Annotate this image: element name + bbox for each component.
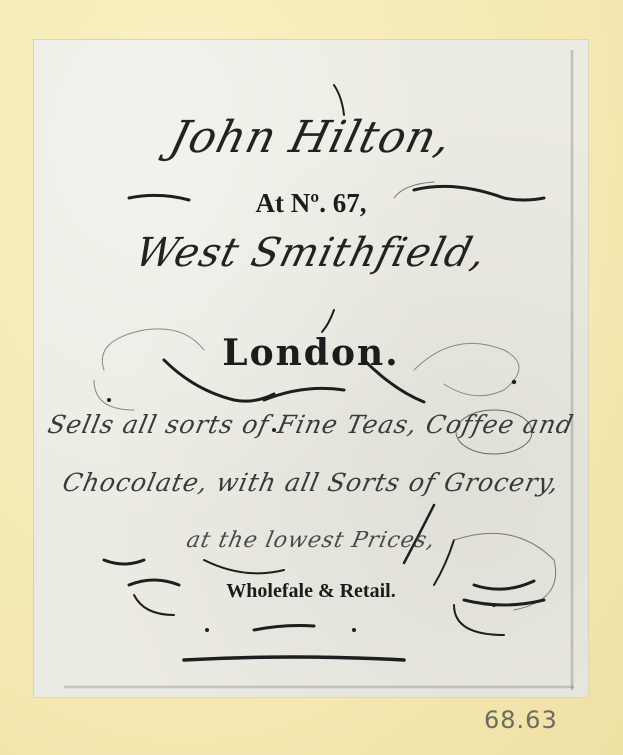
- catalog-number: 68.63: [484, 706, 558, 734]
- city-name: London.: [34, 332, 588, 374]
- goods-description-line-2: Chocolate, with all Sorts of Grocery,: [31, 468, 591, 497]
- street-name: West Smithfield,: [28, 230, 593, 276]
- merchant-name: John Hilton,: [28, 112, 595, 163]
- address-number: At Nº. 67,: [34, 188, 588, 219]
- prices-line: at the lowest Prices,: [31, 528, 590, 553]
- goods-description-line-1: Sells all sorts of Fine Teas, Coffee and: [31, 410, 591, 439]
- trade-card: John Hilton, At Nº. 67, West Smithfield,…: [34, 40, 588, 697]
- trade-type: Wholefale & Retail.: [34, 580, 588, 603]
